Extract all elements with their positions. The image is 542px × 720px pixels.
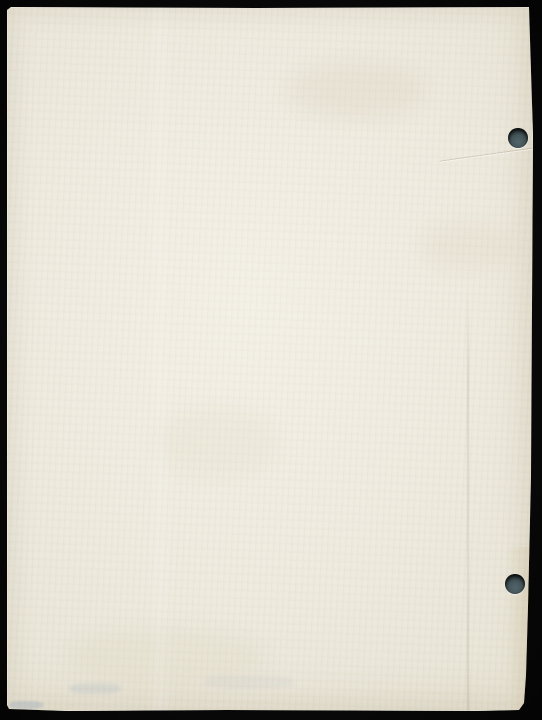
punch-hole-top — [508, 128, 528, 148]
crease-vertical-right — [467, 287, 469, 711]
crease-top-right — [439, 147, 534, 163]
scan-light-streak — [147, 7, 173, 711]
paper-tonal-blotch — [287, 62, 427, 118]
paper-tonal-blotch — [157, 407, 277, 477]
punch-hole-bottom — [505, 574, 525, 594]
pencil-smudge-bottom-center — [203, 675, 293, 689]
pencil-smudge-bottom-left — [9, 701, 43, 709]
paper-tonal-blotch — [422, 222, 512, 270]
scan-viewport — [0, 0, 542, 720]
pencil-smudge-bottom-left-2 — [69, 683, 121, 694]
paper-grain-texture — [7, 7, 533, 711]
paper-tonal-blotch — [67, 627, 267, 687]
scanned-blank-page — [7, 7, 533, 711]
